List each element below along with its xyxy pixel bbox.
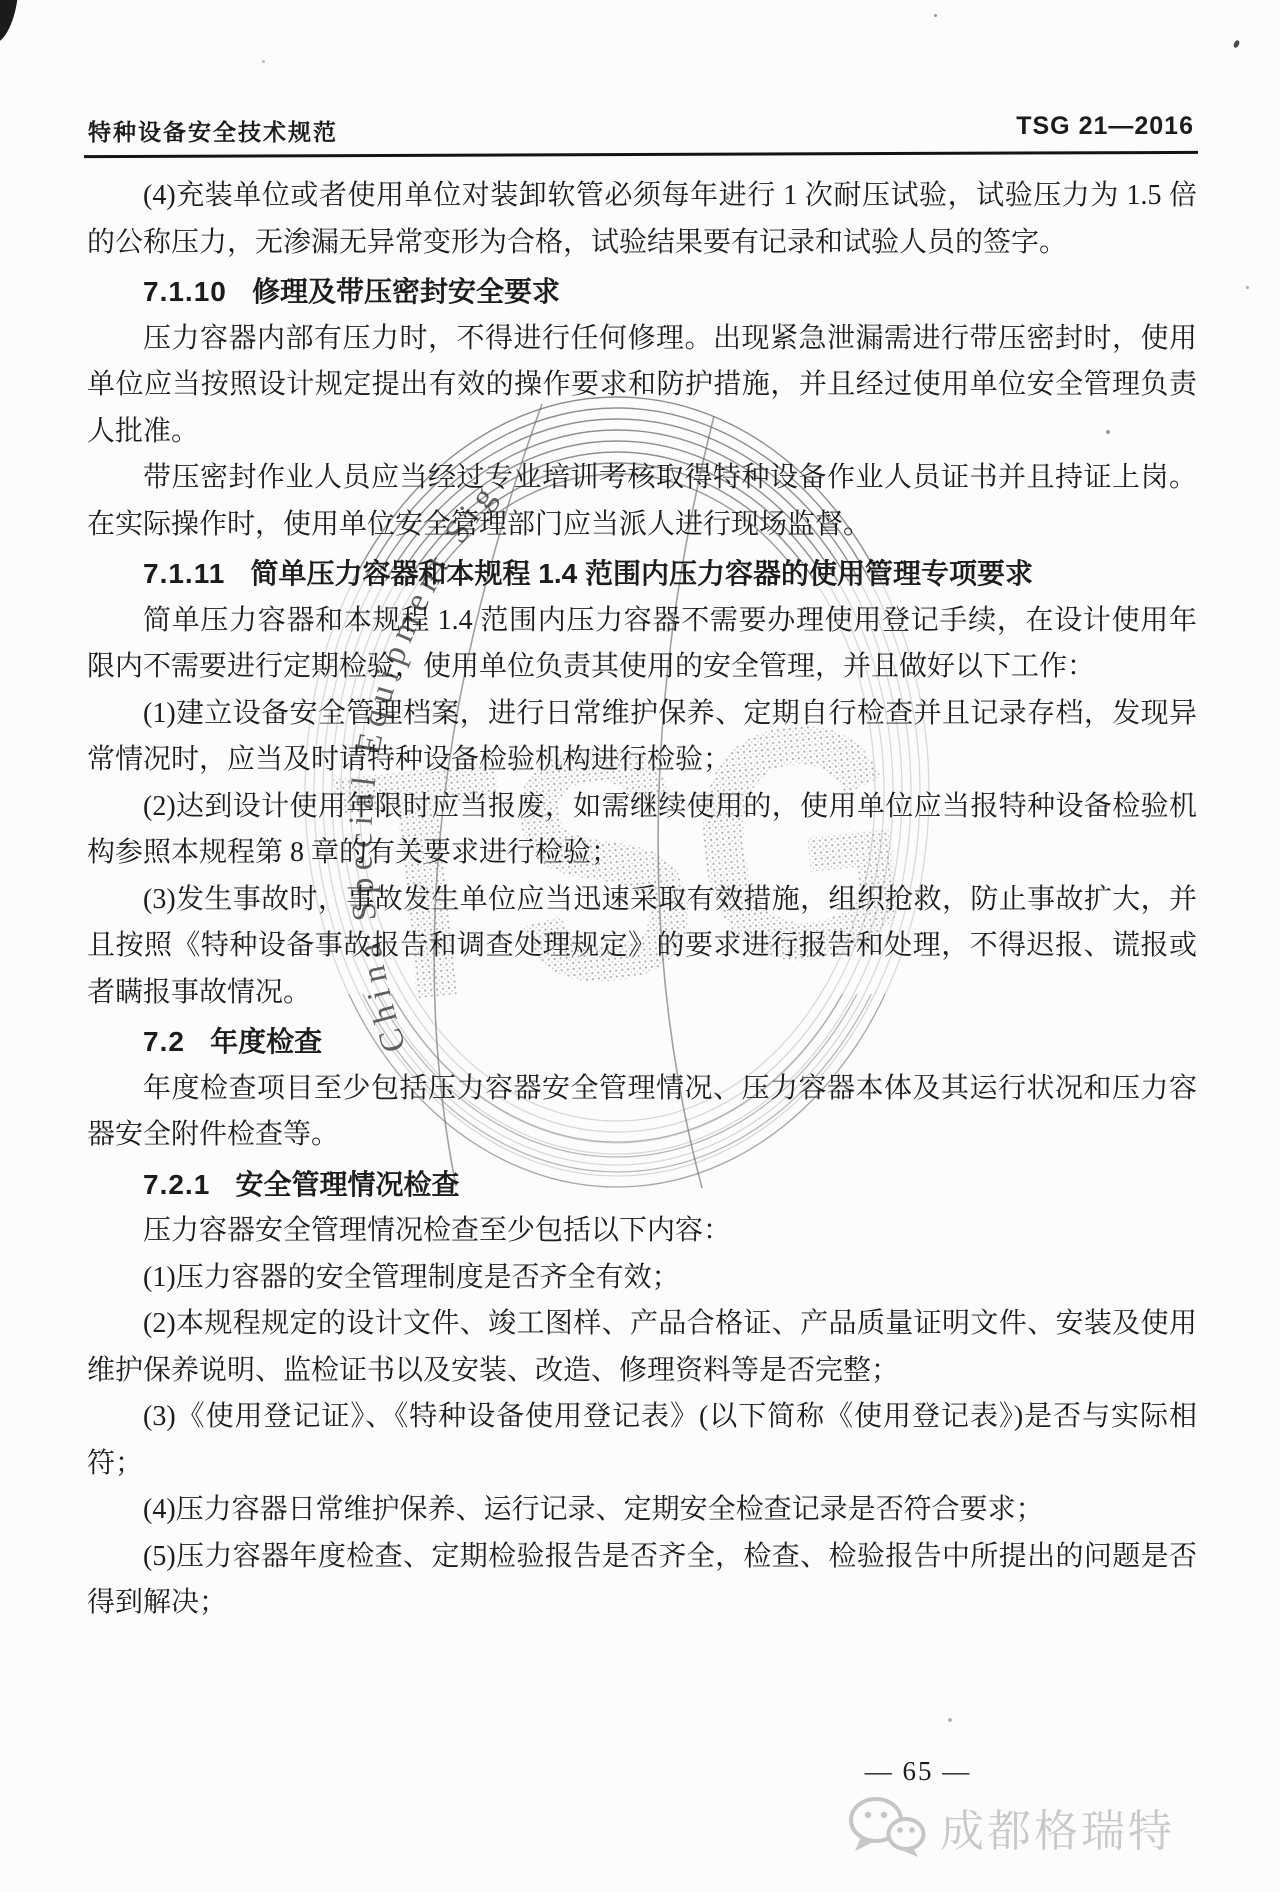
scanned-document-page: 特种设备安全技术规范 TSG 21—2016 [0, 0, 1280, 1892]
list-item: (3)《使用登记证》、《特种设备使用登记表》(以下简称《使用登记表》)是否与实际… [87, 1394, 1197, 1487]
scan-speck [948, 1718, 952, 1722]
brand-name: 成都格瑞特 [940, 1795, 1175, 1859]
list-item: (3)发生事故时，事故发生单位应当迅速采取有效措施，组织抢救，防止事故扩大，并且… [87, 877, 1197, 1017]
list-item: (4)压力容器日常维护保养、运行记录、定期安全检查记录是否符合要求； [87, 1487, 1197, 1534]
scan-speck [934, 14, 937, 17]
scan-speck [1233, 39, 1241, 48]
list-item: (1)建立设备安全管理档案，进行日常维护保养、定期自行检查并且记录存档，发现异常… [87, 691, 1197, 784]
header-rule [84, 151, 1198, 158]
wechat-icon [846, 1794, 930, 1860]
list-item: (5)压力容器年度检查、定期检验报告是否齐全，检查、检验报告中所提出的问题是否得… [87, 1534, 1197, 1627]
scan-corner-mark [0, 0, 18, 46]
section-heading-7-1-11: 7.1.11简单压力容器和本规程 1.4 范围内压力容器的使用管理专项要求 [87, 551, 1197, 598]
section-heading-7-1-10: 7.1.10修理及带压密封安全要求 [87, 269, 1197, 316]
document-body: (4)充装单位或者使用单位对装卸软管必须每年进行 1 次耐压试验，试验压力为 1… [87, 173, 1197, 1627]
section-number: 7.1.10 [143, 276, 227, 307]
header-left-title: 特种设备安全技术规范 [88, 114, 338, 147]
section-title: 安全管理情况检查 [235, 1169, 459, 1200]
paragraph: 压力容器安全管理情况检查至少包括以下内容： [87, 1208, 1197, 1255]
header-right-code: TSG 21—2016 [1016, 112, 1194, 141]
scan-speck [1246, 286, 1249, 289]
section-number: 7.2 [143, 1026, 185, 1057]
section-number: 7.1.11 [143, 558, 225, 589]
paragraph: 带压密封作业人员应当经过专业培训考核取得特种设备作业人员证书并且持证上岗。在实际… [87, 455, 1197, 548]
paragraph: 简单压力容器和本规程 1.4 范围内压力容器不需要办理使用登记手续，在设计使用年… [87, 598, 1197, 691]
section-heading-7-2-1: 7.2.1安全管理情况检查 [87, 1162, 1197, 1209]
brand-watermark: 成都格瑞特 [846, 1794, 1175, 1860]
scan-speck [262, 60, 265, 63]
paragraph: 压力容器内部有压力时，不得进行任何修理。出现紧急泄漏需进行带压密封时，使用单位应… [87, 316, 1197, 456]
section-number: 7.2.1 [143, 1169, 210, 1200]
paragraph: (4)充装单位或者使用单位对装卸软管必须每年进行 1 次耐压试验，试验压力为 1… [87, 173, 1197, 266]
section-title: 修理及带压密封安全要求 [252, 276, 560, 307]
list-item: (1)压力容器的安全管理制度是否齐全有效； [87, 1255, 1197, 1302]
section-heading-7-2: 7.2年度检查 [87, 1019, 1197, 1066]
page-number: — 65 — [838, 1756, 998, 1787]
section-title: 简单压力容器和本规程 1.4 范围内压力容器的使用管理专项要求 [251, 558, 1034, 589]
section-title: 年度检查 [210, 1026, 322, 1057]
list-item: (2)达到设计使用年限时应当报废，如需继续使用的，使用单位应当报特种设备检验机构… [87, 784, 1197, 877]
paragraph: 年度检查项目至少包括压力容器安全管理情况、压力容器本体及其运行状况和压力容器安全… [87, 1066, 1197, 1159]
list-item: (2)本规程规定的设计文件、竣工图样、产品合格证、产品质量证明文件、安装及使用维… [87, 1301, 1197, 1394]
